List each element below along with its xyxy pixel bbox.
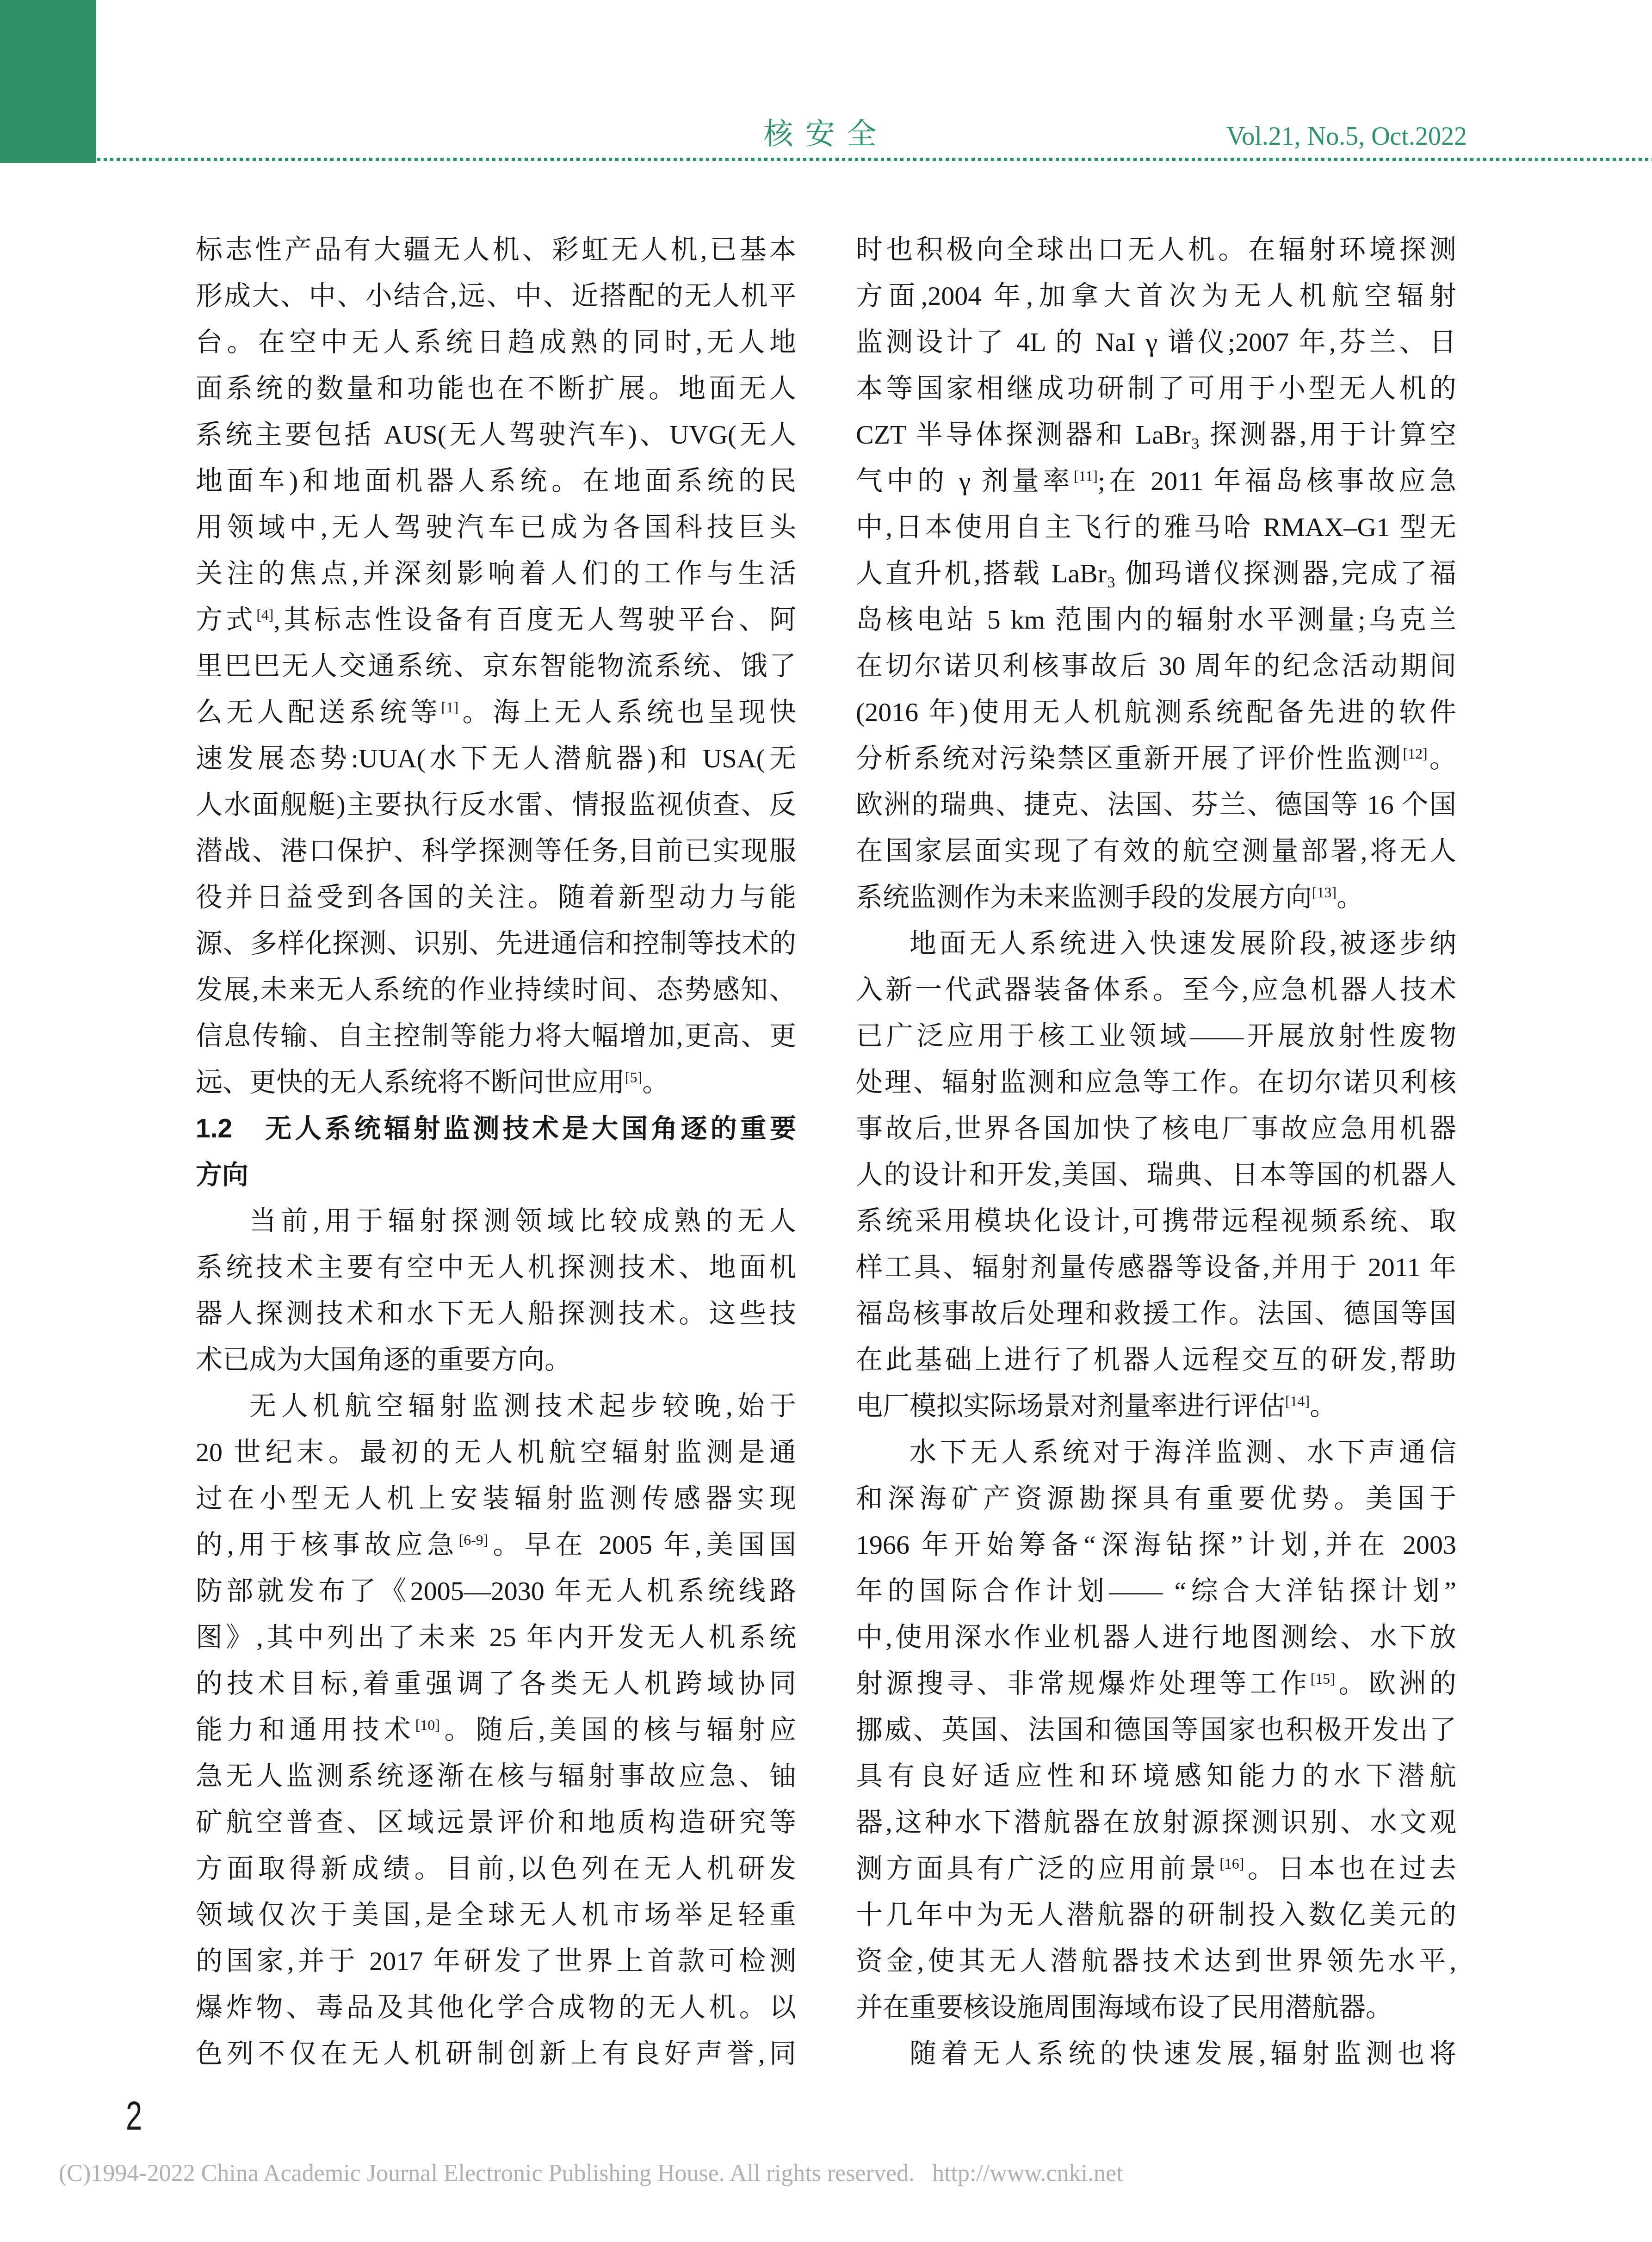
text-line: 1966 年开始筹备“深海钻探”计划,并在 2003 bbox=[856, 1522, 1456, 1568]
text-line: 随着无人系统的快速发展,辐射监测也将 bbox=[856, 2031, 1456, 2077]
text-line: 术已成为大国角逐的重要方向。 bbox=[196, 1337, 796, 1383]
text-line: 和深海矿产资源勘探具有重要优势。美国于 bbox=[856, 1476, 1456, 1522]
text-line: 无人机航空辐射监测技术起步较晚,始于 bbox=[196, 1383, 796, 1429]
footer-copyright: (C)1994-2022 China Academic Journal Elec… bbox=[59, 2160, 915, 2186]
text-line: 急无人监测系统逐渐在核与辐射事故应急、铀 bbox=[196, 1753, 796, 1799]
text-line: 信息传输、自主控制等能力将大幅增加,更高、更 bbox=[196, 1013, 796, 1059]
text-line: 电厂模拟实际场景对剂量率进行评估[14]。 bbox=[856, 1383, 1456, 1429]
text-line: 能力和通用技术[10]。随后,美国的核与辐射应 bbox=[196, 1707, 796, 1753]
text-line: 役并日益受到各国的关注。随着新型动力与能 bbox=[196, 874, 796, 920]
text-line: 本等国家相继成功研制了可用于小型无人机的 bbox=[856, 365, 1456, 412]
text-line: 地面车)和地面机器人系统。在地面系统的民 bbox=[196, 458, 796, 504]
text-line: CZT 半导体探测器和 LaBr₃ 探测器,用于计算空 bbox=[856, 412, 1456, 458]
text-line: 标志性产品有大疆无人机、彩虹无人机,已基本 bbox=[196, 227, 796, 273]
text-line: 水下无人系统对于海洋监测、水下声通信 bbox=[856, 1429, 1456, 1476]
text-line: 挪威、英国、法国和德国等国家也积极开发出了 bbox=[856, 1707, 1456, 1753]
text-line: 监测设计了 4L 的 NaI γ 谱仪;2007 年,芬兰、日 bbox=[856, 319, 1456, 365]
text-line: 远、更快的无人系统将不断问世应用[5]。 bbox=[196, 1059, 796, 1106]
citation-ref: [10] bbox=[415, 1717, 440, 1733]
left-column: 标志性产品有大疆无人机、彩虹无人机,已基本形成大、中、小结合,远、中、近搭配的无… bbox=[196, 227, 796, 2077]
text-line: 系统采用模块化设计,可携带远程视频系统、取 bbox=[856, 1198, 1456, 1244]
text-line: 时也积极向全球出口无人机。在辐射环境探测 bbox=[856, 227, 1456, 273]
citation-ref: [12] bbox=[1403, 746, 1428, 762]
text-line: 入新一代武器装备体系。至今,应急机器人技术 bbox=[856, 967, 1456, 1013]
text-line: 当前,用于辐射探测领域比较成熟的无人 bbox=[196, 1198, 796, 1244]
right-column: 时也积极向全球出口无人机。在辐射环境探测方面,2004 年,加拿大首次为无人机航… bbox=[856, 227, 1456, 2077]
text-line: 中,日本使用自主飞行的雅马哈 RMAX–G1 型无 bbox=[856, 504, 1456, 550]
text-line: 岛核电站 5 km 范围内的辐射水平测量;乌克兰 bbox=[856, 597, 1456, 643]
corner-accent-block bbox=[0, 0, 96, 163]
text-line: 在切尔诺贝利核事故后 30 周年的纪念活动期间 bbox=[856, 643, 1456, 689]
text-line: 防部就发布了《2005—2030 年无人机系统线路 bbox=[196, 1568, 796, 1614]
citation-ref: [15] bbox=[1311, 1671, 1335, 1687]
text-line: 潜战、港口保护、科学探测等任务,目前已实现服 bbox=[196, 828, 796, 874]
text-line: 测方面具有广泛的应用前景[16]。日本也在过去 bbox=[856, 1846, 1456, 1892]
text-line: 处理、辐射监测和应急等工作。在切尔诺贝利核 bbox=[856, 1059, 1456, 1106]
text-line: 已广泛应用于核工业领域——开展放射性废物 bbox=[856, 1013, 1456, 1059]
text-line: 资金,使其无人潜航器技术达到世界领先水平, bbox=[856, 1938, 1456, 1984]
section-heading-line: 方向 bbox=[196, 1152, 796, 1198]
text-line: 地面无人系统进入快速发展阶段,被逐步纳 bbox=[856, 920, 1456, 967]
text-line: 器,这种水下潜航器在放射源探测识别、水文观 bbox=[856, 1799, 1456, 1846]
text-line: 在此基础上进行了机器人远程交互的研发,帮助 bbox=[856, 1337, 1456, 1383]
citation-ref: [16] bbox=[1219, 1856, 1244, 1872]
page-number: 2 bbox=[126, 2095, 142, 2136]
citation-ref: [4] bbox=[256, 607, 273, 623]
text-line: 年的国际合作计划—— “综合大洋钻探计划” bbox=[856, 1568, 1456, 1614]
text-line: 分析系统对污染禁区重新开展了评价性监测[12]。 bbox=[856, 735, 1456, 782]
text-line: 系统监测作为未来监测手段的发展方向[13]。 bbox=[856, 874, 1456, 920]
text-line: 20 世纪末。最初的无人机航空辐射监测是通 bbox=[196, 1429, 796, 1476]
text-line: 在国家层面实现了有效的航空测量部署,将无人 bbox=[856, 828, 1456, 874]
text-line: 里巴巴无人交通系统、京东智能物流系统、饿了 bbox=[196, 643, 796, 689]
citation-ref: [6-9] bbox=[459, 1532, 489, 1548]
text-line: 方面取得新成绩。目前,以色列在无人机研发 bbox=[196, 1846, 796, 1892]
text-line: 系统技术主要有空中无人机探测技术、地面机 bbox=[196, 1244, 796, 1291]
text-line: 并在重要核设施周围海域布设了民用潜航器。 bbox=[856, 1984, 1456, 2031]
text-line: (2016 年)使用无人机航测系统配备先进的软件 bbox=[856, 689, 1456, 735]
text-line: 过在小型无人机上安装辐射监测传感器实现 bbox=[196, 1476, 796, 1522]
text-line: 方式[4],其标志性设备有百度无人驾驶平台、阿 bbox=[196, 597, 796, 643]
footer: (C)1994-2022 China Academic Journal Elec… bbox=[59, 2159, 1632, 2188]
citation-ref: [13] bbox=[1312, 884, 1336, 901]
text-line: 用领域中,无人驾驶汽车已成为各国科技巨头 bbox=[196, 504, 796, 550]
text-line: 系统主要包括 AUS(无人驾驶汽车)、UVG(无人 bbox=[196, 412, 796, 458]
page: 核安全 Vol.21, No.5, Oct.2022 标志性产品有大疆无人机、彩… bbox=[0, 0, 1652, 2242]
footer-url: http://www.cnki.net bbox=[932, 2160, 1123, 2186]
text-line: 器人探测技术和水下无人船探测技术。这些技 bbox=[196, 1291, 796, 1337]
text-line: 射源搜寻、非常规爆炸处理等工作[15]。欧洲的 bbox=[856, 1661, 1456, 1707]
header-divider-dotted-rule bbox=[0, 158, 1652, 161]
text-line: 矿航空普查、区域远景评价和地质构造研究等 bbox=[196, 1799, 796, 1846]
text-line: 福岛核事故后处理和救援工作。法国、德国等国 bbox=[856, 1291, 1456, 1337]
text-line: 图》,其中列出了未来 25 年内开发无人机系统 bbox=[196, 1614, 796, 1661]
text-line: 发展,未来无人系统的作业持续时间、态势感知、 bbox=[196, 967, 796, 1013]
text-line: 领域仅次于美国,是全球无人机市场举足轻重 bbox=[196, 1892, 796, 1938]
text-line: 气中的 γ 剂量率[11];在 2011 年福岛核事故应急 bbox=[856, 458, 1456, 504]
text-line: 台。在空中无人系统日趋成熟的同时,无人地 bbox=[196, 319, 796, 365]
text-line: 源、多样化探测、识别、先进通信和控制等技术的 bbox=[196, 920, 796, 967]
issue-info: Vol.21, No.5, Oct.2022 bbox=[1226, 121, 1467, 152]
text-line: 具有良好适应性和环境感知能力的水下潜航 bbox=[856, 1753, 1456, 1799]
section-heading-line: 1.2 无人系统辐射监测技术是大国角逐的重要 bbox=[196, 1106, 796, 1152]
text-line: 中,使用深水作业机器人进行地图测绘、水下放 bbox=[856, 1614, 1456, 1661]
text-line: 样工具、辐射剂量传感器等设备,并用于 2011 年 bbox=[856, 1244, 1456, 1291]
text-line: 人的设计和开发,美国、瑞典、日本等国的机器人 bbox=[856, 1152, 1456, 1198]
citation-ref: [5] bbox=[625, 1069, 642, 1086]
text-line: 的技术目标,着重强调了各类无人机跨域协同 bbox=[196, 1661, 796, 1707]
text-line: 的,用于核事故应急[6-9]。早在 2005 年,美国国 bbox=[196, 1522, 796, 1568]
citation-ref: [1] bbox=[441, 699, 458, 716]
text-line: 的国家,并于 2017 年研发了世界上首款可检测 bbox=[196, 1938, 796, 1984]
text-line: 形成大、中、小结合,远、中、近搭配的无人机平 bbox=[196, 273, 796, 319]
citation-ref: [11] bbox=[1074, 468, 1098, 484]
text-line: 方面,2004 年,加拿大首次为无人机航空辐射 bbox=[856, 273, 1456, 319]
text-line: 十几年中为无人潜航器的研制投入数亿美元的 bbox=[856, 1892, 1456, 1938]
text-line: 面系统的数量和功能也在不断扩展。地面无人 bbox=[196, 365, 796, 412]
text-line: 色列不仅在无人机研制创新上有良好声誉,同 bbox=[196, 2031, 796, 2077]
text-line: 爆炸物、毒品及其他化学合成物的无人机。以 bbox=[196, 1984, 796, 2031]
text-line: 速发展态势:UUA(水下无人潜航器)和 USA(无 bbox=[196, 735, 796, 782]
text-line: 人直升机,搭载 LaBr₃ 伽玛谱仪探测器,完成了福 bbox=[856, 550, 1456, 597]
text-line: 欧洲的瑞典、捷克、法国、芬兰、德国等 16 个国家 bbox=[856, 782, 1456, 828]
citation-ref: [14] bbox=[1285, 1393, 1310, 1409]
text-line: 关注的焦点,并深刻影响着人们的工作与生活 bbox=[196, 550, 796, 597]
text-line: 人水面舰艇)主要执行反水雷、情报监视侦查、反 bbox=[196, 782, 796, 828]
text-line: 么无人配送系统等[1]。海上无人系统也呈现快 bbox=[196, 689, 796, 735]
text-line: 事故后,世界各国加快了核电厂事故应急用机器 bbox=[856, 1106, 1456, 1152]
